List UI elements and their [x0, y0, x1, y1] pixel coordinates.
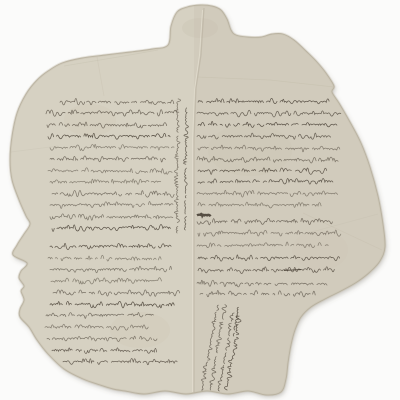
photo-canvas — [0, 0, 400, 400]
paper-stain — [110, 312, 170, 348]
paper-stain — [208, 124, 292, 176]
paper-stain — [64, 104, 116, 136]
paper-stain — [182, 18, 218, 38]
manuscript-head-cutout: Aged manuscript leaf handwritten in two … — [0, 0, 400, 400]
